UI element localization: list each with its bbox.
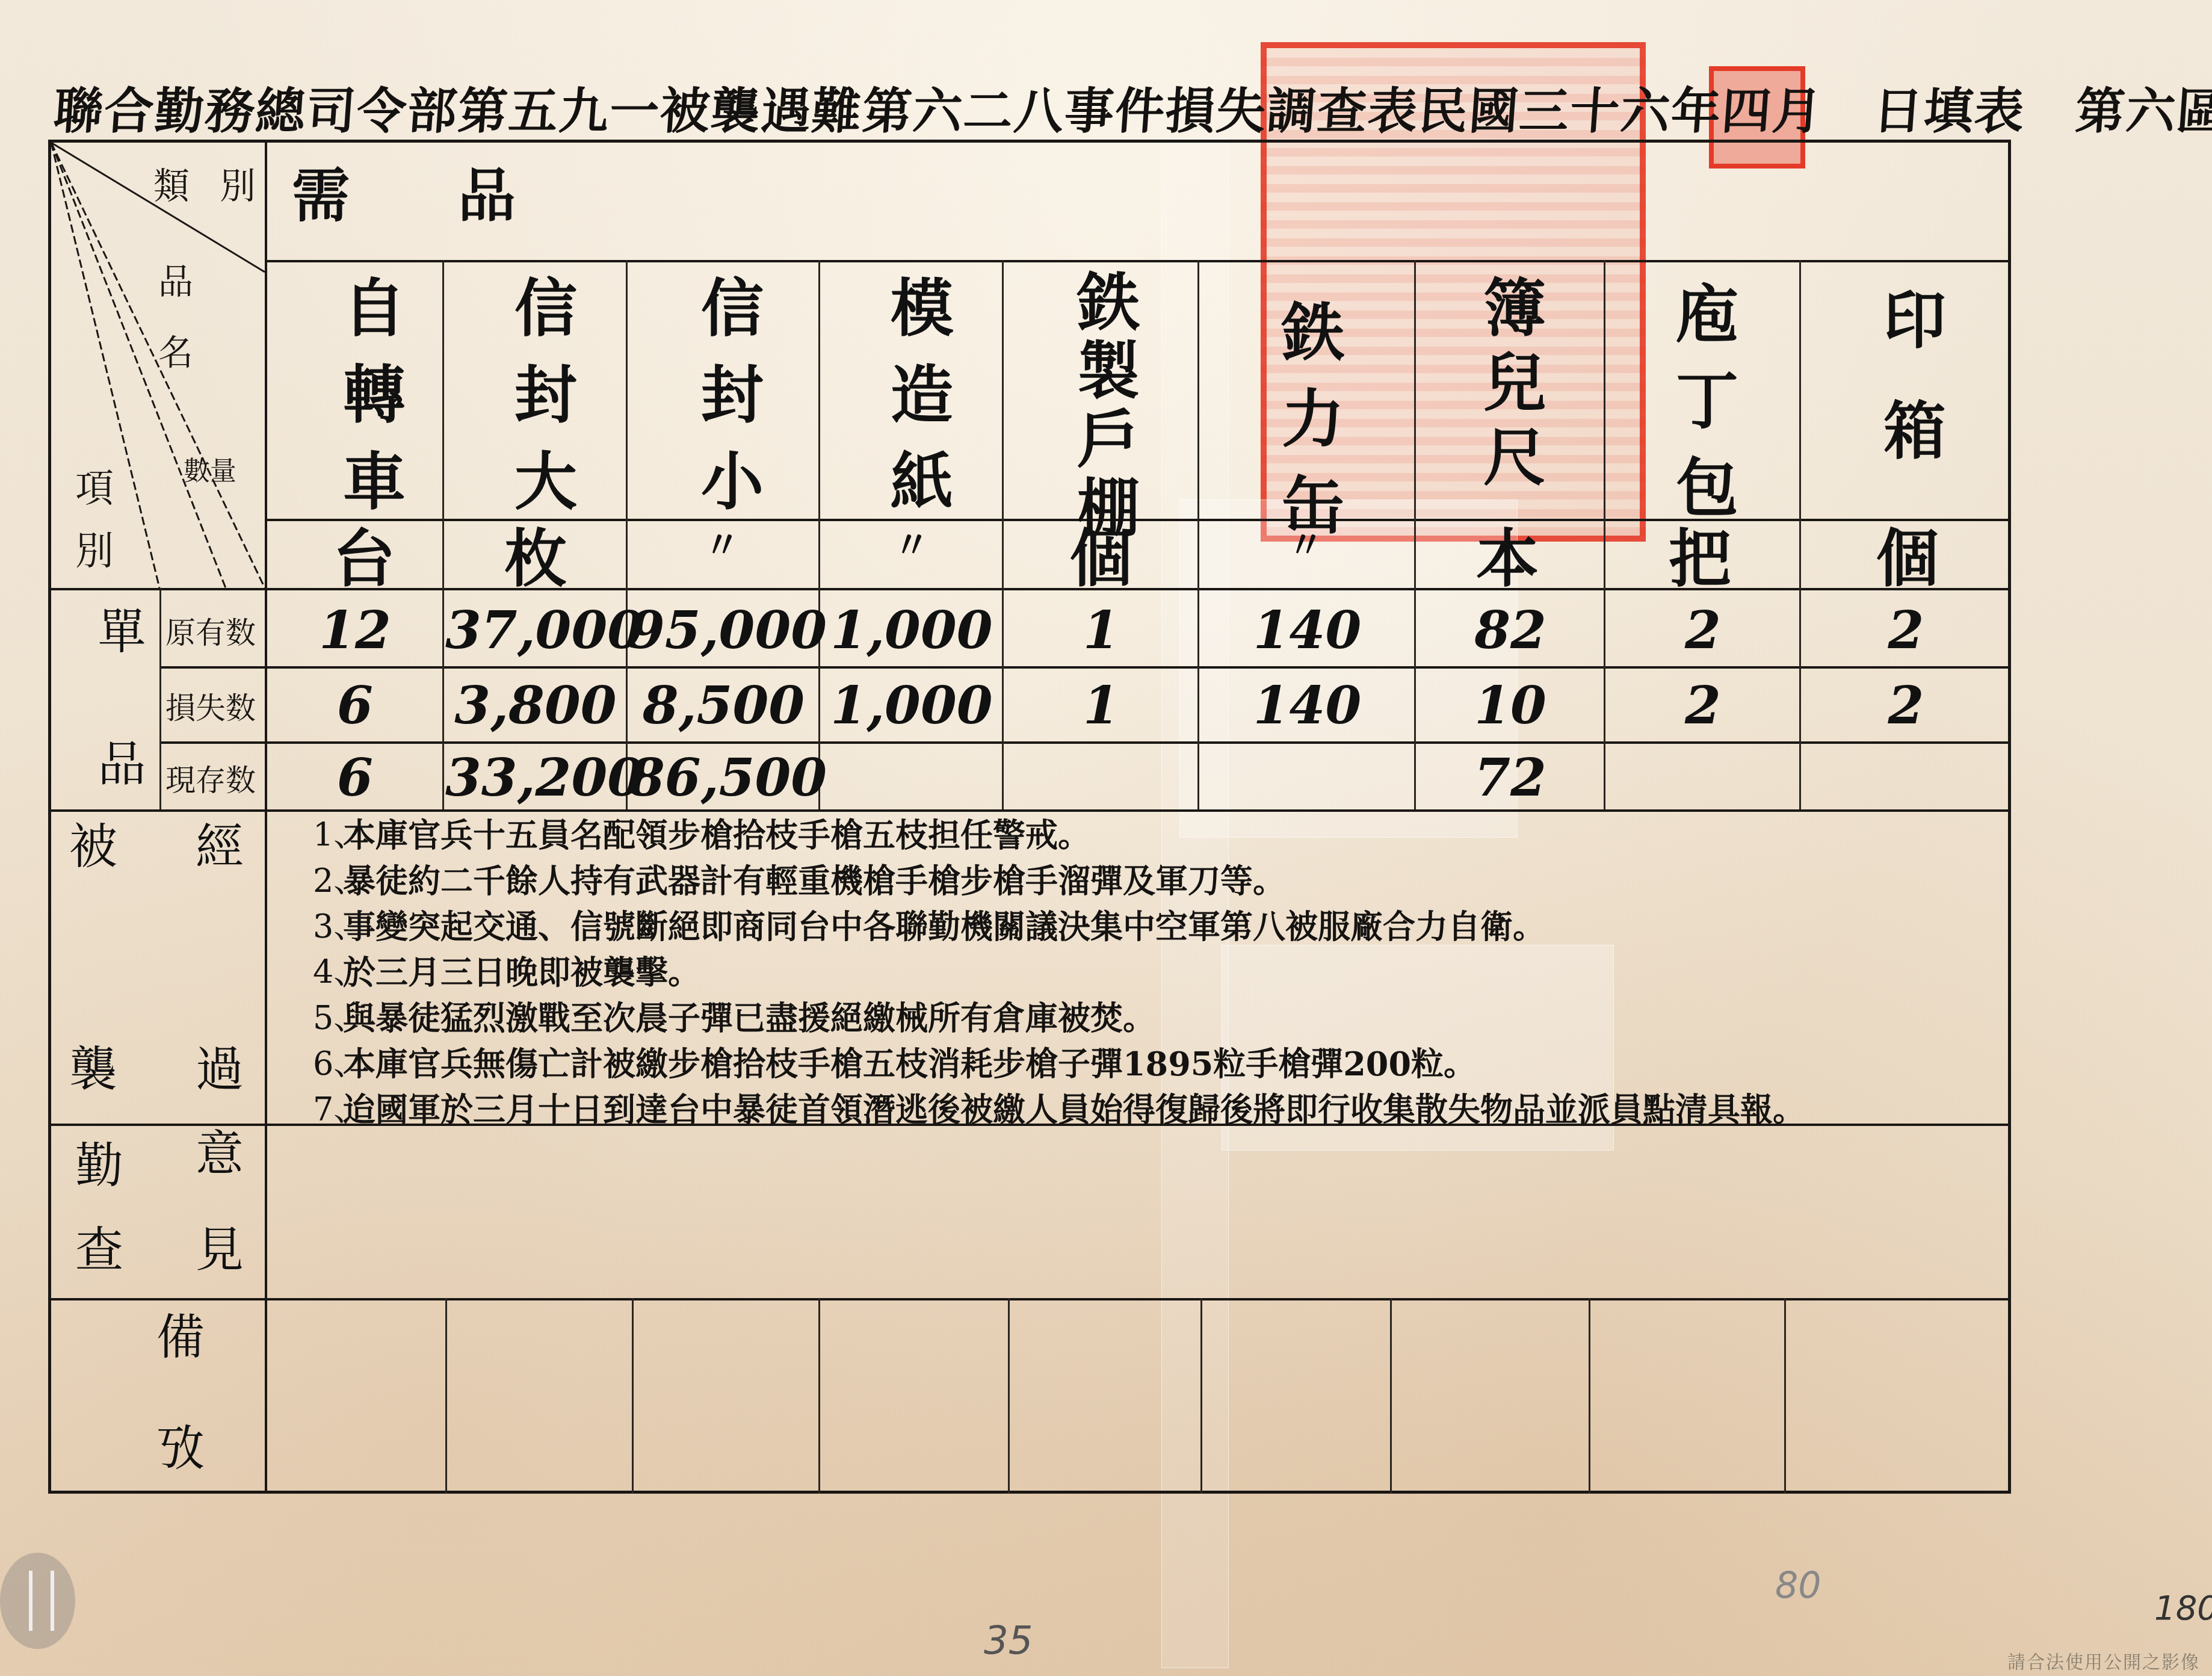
corner-label-item-category: 項別 — [63, 468, 119, 593]
narrative-line: 1、本庫官兵十五員名配領步槍拾枝手槍五枝担任警戒。 — [313, 812, 1998, 858]
corner-label-category: 類別 — [153, 158, 286, 209]
page-number-bottom: 35 — [984, 1619, 1033, 1663]
remarks-label-char-1: 備 — [156, 1313, 205, 1361]
divider-col-1 — [442, 260, 444, 809]
lost-ruler-book: 10 — [1417, 675, 1604, 736]
lost-iron-cabinet: 1 — [1005, 675, 1197, 736]
divider-row-2 — [159, 741, 2010, 744]
remarks-divider-8 — [1784, 1298, 1786, 1494]
divider-col-3 — [818, 260, 820, 809]
remaining-bicycle: 6 — [268, 747, 442, 808]
narrative-index: 7、 — [313, 1087, 343, 1133]
original-iron-can: 140 — [1200, 600, 1414, 661]
lost-iron-can: 140 — [1200, 675, 1414, 736]
item-unit-kitchen-knife: 把 — [1652, 528, 1748, 590]
divider-quantities-bottom — [51, 809, 2010, 812]
corner-label-quantity: 數量 — [184, 450, 236, 488]
original-kitchen-knife: 2 — [1607, 600, 1799, 661]
divider-col-7 — [1604, 260, 1605, 809]
remaining-envelope-small: 86,500 — [629, 747, 818, 808]
opinion-label-char-2: 意 — [196, 1130, 244, 1178]
item-name-kitchen-knife: 庖丁包 — [1661, 281, 1733, 541]
item-unit-bicycle: 台 — [316, 528, 412, 590]
item-name-iron-can: 鉄力缶 — [1267, 299, 1339, 559]
narrative-text: 本庫官兵十五員名配領步槍拾枝手槍五枝担任警戒。 — [343, 812, 1090, 858]
item-name-bicycle: 自轉車 — [328, 275, 400, 535]
item-name-envelope-large: 信封大 — [499, 275, 572, 535]
item-unit-seal-box: 個 — [1859, 528, 1956, 590]
remarks-divider-5 — [1200, 1298, 1202, 1494]
narrative-text: 本庫官兵無傷亡計被繳步槍拾枝手槍五枝消耗步槍子彈1895粒手槍彈200粒。 — [343, 1041, 1476, 1087]
lost-kitchen-knife: 2 — [1607, 675, 1799, 736]
narrative-text: 與暴徒猛烈激戰至次晨子彈已盡援絕繳械所有倉庫被焚。 — [343, 995, 1155, 1041]
remarks-label-char-2: 攷 — [156, 1424, 205, 1473]
divider-quantity-sublabel — [159, 588, 161, 809]
item-name-drawing-paper: 模造紙 — [876, 275, 948, 535]
divider-opinion-bottom — [51, 1298, 2010, 1300]
remaining-envelope-large: 33,200 — [445, 747, 626, 808]
pencil-note: 80 — [1775, 1565, 1821, 1607]
item-name-envelope-small: 信封小 — [686, 275, 758, 535]
original-drawing-paper: 1,000 — [821, 600, 1002, 661]
item-name-iron-cabinet: 鉄製戶棚 — [1062, 269, 1134, 543]
item-unit-drawing-paper: 〃 — [863, 528, 960, 564]
incident-label-char-4: 過 — [196, 1045, 244, 1093]
row-label-original: 原有数 — [165, 609, 256, 652]
item-unit-ruler-book: 本 — [1459, 528, 1556, 590]
remarks-divider-6 — [1390, 1298, 1392, 1494]
original-seal-box: 2 — [1802, 600, 2010, 661]
item-unit-iron-can: 〃 — [1258, 528, 1354, 564]
narrative-text: 暴徒約二千餘人持有武器計有輕重機槍手槍步槍手溜彈及軍刀等。 — [343, 858, 1285, 904]
incident-label-char-3: 襲 — [69, 1045, 117, 1093]
corner-label-item-name: 品名 — [147, 263, 198, 405]
divider-col-5 — [1197, 260, 1199, 809]
narrative-text: 迨國軍於三月十日到達台中暴徒首領潛逃後被繳人員始得復歸後將即行收集散失物品並派員… — [343, 1087, 1805, 1133]
divider-col-2 — [626, 260, 628, 809]
item-name-seal-box: 印箱 — [1868, 287, 1941, 509]
narrative-line: 7、迨國軍於三月十日到達台中暴徒首領潛逃後被繳人員始得復歸後將即行收集散失物品並… — [313, 1087, 1998, 1133]
narrative-index: 5、 — [313, 995, 343, 1041]
original-envelope-small: 95,000 — [629, 600, 818, 661]
opinion-label-char-1: 勤 — [75, 1142, 123, 1190]
narrative-line: 6、本庫官兵無傷亡計被繳步槍拾枝手槍五枝消耗步槍子彈1895粒手槍彈200粒。 — [313, 1041, 1998, 1087]
incident-narrative: 1、本庫官兵十五員名配領步槍拾枝手槍五枝担任警戒。 2、暴徒約二千餘人持有武器計… — [313, 812, 1998, 1133]
original-bicycle: 12 — [268, 600, 442, 661]
document-title: 聯合勤務總司令部第五九一被襲遇難第六二八事件損失調查表民國三十六年四月 日填表 … — [52, 72, 2018, 138]
divider-row-1 — [159, 666, 2010, 669]
item-name-ruler-book: 簿兒尺 — [1468, 275, 1540, 499]
lost-drawing-paper: 1,000 — [821, 675, 1002, 736]
lost-seal-box: 2 — [1802, 675, 2010, 736]
narrative-line: 3、事變突起交通、信號斷絕即商同台中各聯勤機關議決集中空軍第八被服廠合力自衛。 — [313, 904, 1998, 950]
remarks-divider-3 — [818, 1298, 820, 1494]
remaining-ruler-book: 72 — [1417, 747, 1604, 808]
divider-col-6 — [1414, 260, 1416, 809]
narrative-index: 4、 — [313, 950, 343, 995]
item-unit-envelope-small: 〃 — [674, 528, 770, 564]
page-number-right: 180 — [2154, 1589, 2212, 1628]
narrative-index: 3、 — [313, 904, 343, 950]
incident-label-char-2: 經 — [196, 823, 244, 871]
row-label-remaining: 現存数 — [165, 756, 256, 800]
divider-col-4 — [1002, 260, 1004, 809]
narrative-index: 2、 — [313, 858, 343, 904]
incident-label-char-1: 被 — [69, 823, 117, 871]
original-iron-cabinet: 1 — [1005, 600, 1197, 661]
item-unit-iron-cabinet: 個 — [1053, 528, 1149, 590]
divider-col-8 — [1799, 260, 1801, 809]
narrative-text: 事變突起交通、信號斷絕即商同台中各聯勤機關議決集中空軍第八被服廠合力自衛。 — [343, 904, 1545, 950]
lost-bicycle: 6 — [268, 675, 442, 736]
row-label-lost: 損失数 — [165, 684, 256, 728]
narrative-text: 於三月三日晚即被襲擊。 — [343, 950, 700, 995]
items-group-label: 需品 — [292, 167, 624, 224]
lost-envelope-large: 3,800 — [445, 675, 626, 736]
narrative-line: 4、於三月三日晚即被襲擊。 — [313, 950, 1998, 995]
opinion-label-char-4: 見 — [196, 1226, 244, 1274]
remarks-divider-4 — [1008, 1298, 1010, 1494]
original-ruler-book: 82 — [1417, 600, 1604, 661]
remarks-divider-7 — [1589, 1298, 1590, 1494]
usage-watermark: 請合法使用公開之影像 — [2007, 1647, 2200, 1674]
narrative-line: 2、暴徒約二千餘人持有武器計有輕重機槍手槍步槍手溜彈及軍刀等。 — [313, 858, 1998, 904]
original-envelope-large: 37,000 — [445, 600, 626, 661]
lost-envelope-small: 8,500 — [629, 675, 818, 736]
divider-items-group — [265, 260, 2010, 262]
remarks-divider-1 — [445, 1298, 447, 1494]
archive-logo-icon — [0, 1553, 75, 1649]
remarks-divider-2 — [632, 1298, 634, 1494]
narrative-index: 1、 — [313, 812, 343, 858]
item-unit-envelope-large: 枚 — [487, 528, 584, 590]
narrative-index: 6、 — [313, 1041, 343, 1087]
opinion-label-char-3: 查 — [75, 1226, 123, 1274]
narrative-line: 5、與暴徒猛烈激戰至次晨子彈已盡援絕繳械所有倉庫被焚。 — [313, 995, 1998, 1041]
